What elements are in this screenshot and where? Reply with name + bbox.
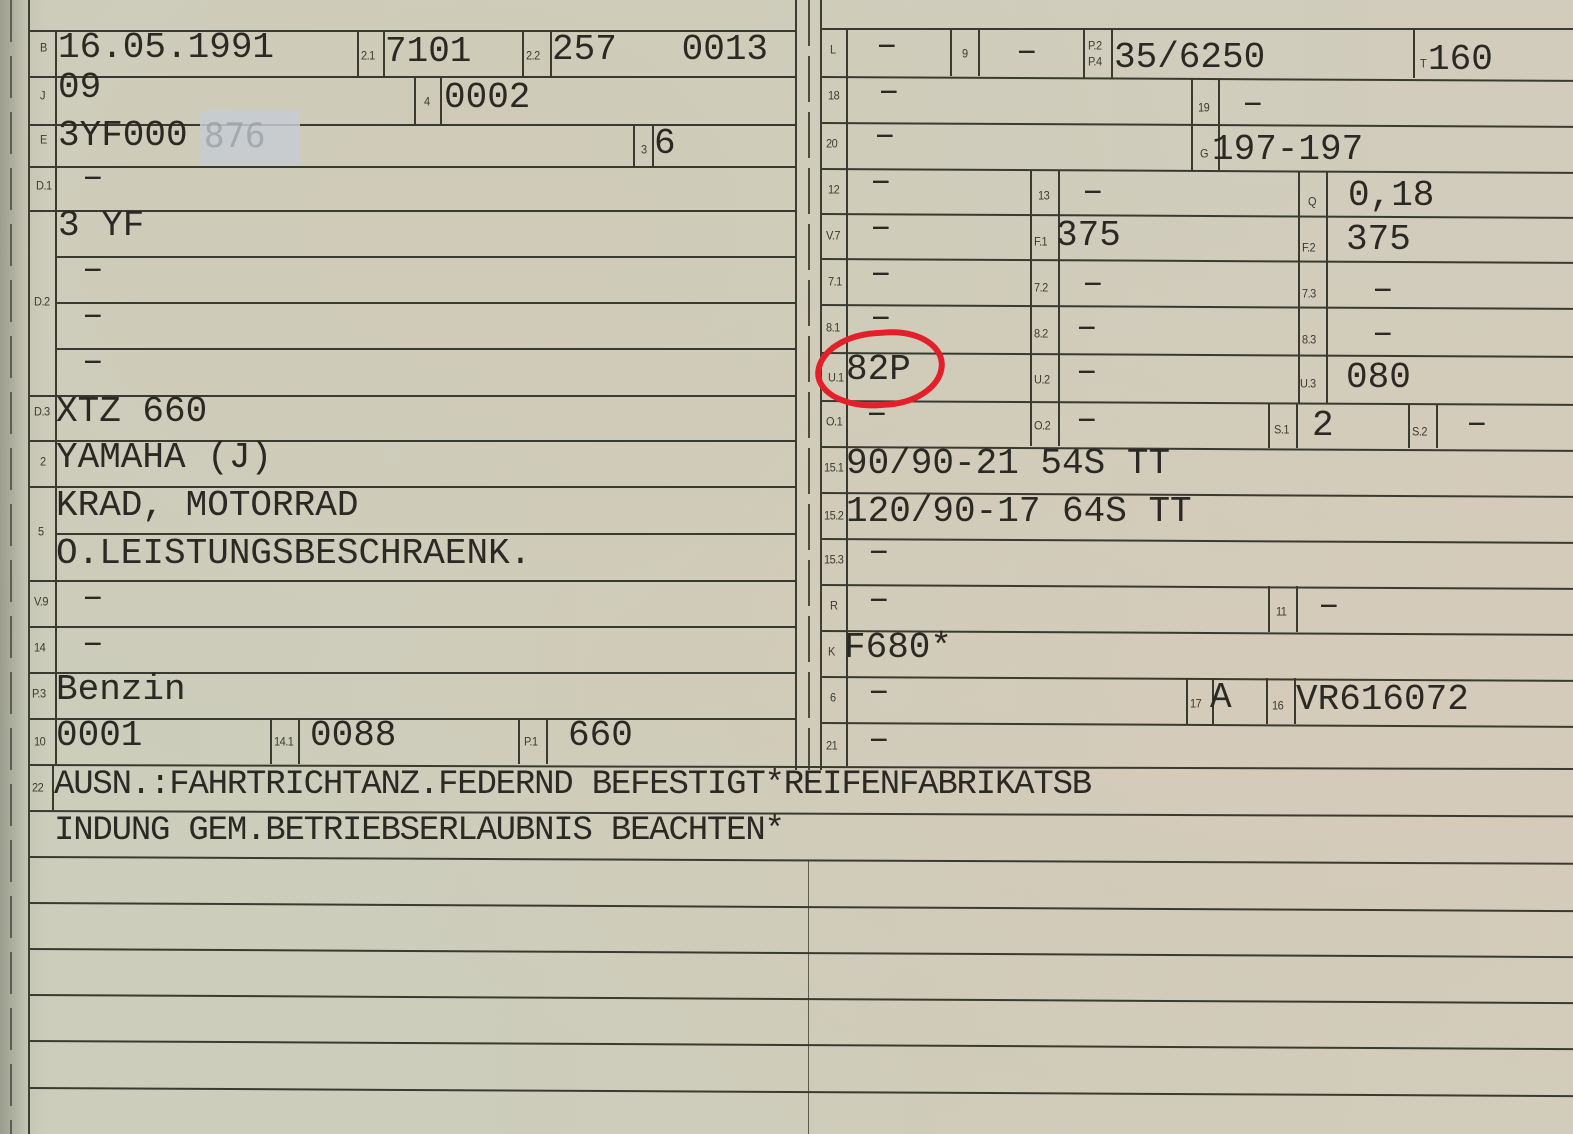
field-label-P1: P.1: [524, 735, 538, 748]
field-value-8-3: –: [1372, 316, 1394, 352]
field-label-J: J: [40, 89, 45, 102]
grid-line: [978, 28, 980, 76]
field-value-F1: 375: [1056, 218, 1121, 254]
grid-line: [1266, 678, 1268, 724]
left-border-line: [28, 0, 30, 1134]
grid-line: [357, 30, 359, 76]
field-value-seats: 2: [1312, 408, 1334, 444]
field-value-rear-tire: 120/90-17 64S TT: [846, 494, 1192, 530]
grid-line: [30, 1087, 1573, 1097]
field-value-fuel: Benzin: [56, 672, 186, 708]
grid-line: [56, 256, 797, 258]
field-label-18: 18: [828, 89, 839, 102]
field-label-V9: V.9: [34, 595, 48, 608]
field-value-D2-line3: –: [82, 298, 104, 334]
field-label-5: 5: [38, 525, 44, 538]
grid-line: [1296, 404, 1298, 448]
field-label-F2: F.2: [1302, 241, 1315, 254]
field-label-7-3: 7.3: [1302, 287, 1316, 300]
field-value-7-1: –: [870, 256, 892, 292]
grid-line: [30, 166, 797, 168]
field-value-14: –: [82, 626, 104, 662]
field-value-vin: 3YF000: [58, 118, 188, 154]
field-value-displacement: 660: [568, 718, 633, 754]
field-label-14: 14: [34, 641, 45, 654]
grid-line: [1413, 30, 1415, 78]
field-value-type-approval: F680*: [844, 630, 952, 666]
field-label-B: B: [40, 41, 47, 54]
field-label-2-1: 2.1: [361, 49, 375, 62]
field-value-D1: –: [82, 160, 104, 196]
field-label-O2: O.2: [1034, 419, 1050, 432]
grid-line: [822, 28, 1573, 30]
field-label-12: 12: [828, 183, 839, 196]
grid-line: [440, 76, 442, 124]
field-value-12: –: [870, 164, 892, 200]
grid-line: [1298, 172, 1300, 404]
field-label-D2: D.2: [34, 295, 50, 308]
field-value-2-2: 257 0013: [552, 32, 768, 68]
field-label-21: 21: [826, 739, 837, 752]
grid-line: [822, 122, 1573, 128]
field-value-front-tire: 90/90-21 54S TT: [846, 446, 1170, 482]
field-value-vehicle-class-line1: KRAD, MOTORRAD: [56, 488, 358, 524]
field-value-Q: 0,18: [1348, 178, 1434, 214]
field-value-7-2: –: [1082, 266, 1104, 302]
grid-line: [633, 124, 635, 166]
field-label-G: G: [1200, 147, 1208, 160]
grid-line: [30, 210, 797, 212]
grid-line: [270, 718, 272, 764]
field-label-15-1: 15.1: [824, 461, 843, 474]
field-value-manufacturer: YAMAHA (J): [56, 440, 272, 476]
field-value-max-speed: 160: [1428, 42, 1493, 78]
field-label-F1: F.1: [1034, 235, 1047, 248]
field-label-3: 3: [641, 143, 647, 156]
field-label-P2: P.2: [1088, 39, 1102, 52]
field-label-V7: V.7: [826, 229, 840, 242]
grid-line: [30, 902, 1573, 912]
field-value-11: –: [1318, 588, 1340, 624]
field-value-L: –: [876, 28, 898, 64]
field-value-21: –: [868, 722, 890, 758]
field-value-vehicle-class-line2: O.LEISTUNGSBESCHRAENK.: [56, 536, 531, 572]
grid-line: [822, 304, 1573, 310]
grid-line: [30, 948, 1573, 958]
field-label-7-1: 7.1: [828, 275, 842, 288]
field-value-4: 0002: [444, 80, 530, 116]
field-label-15-2: 15.2: [824, 509, 843, 522]
field-value-V9: –: [82, 580, 104, 616]
field-value-S2: –: [1466, 406, 1488, 442]
grid-line: [414, 76, 416, 124]
field-value-6: –: [868, 674, 890, 710]
grid-line: [30, 1040, 1573, 1050]
field-label-P3: P.3: [32, 687, 46, 700]
field-label-15-3: 15.3: [824, 553, 843, 566]
field-label-8-1: 8.1: [826, 321, 840, 334]
grid-line: [950, 28, 952, 76]
grid-line: [822, 538, 1573, 544]
grid-line: [1058, 170, 1060, 446]
field-label-19: 19: [1198, 101, 1209, 114]
field-value-D2-line4: –: [82, 344, 104, 380]
field-label-E: E: [40, 133, 47, 146]
grid-line: [1268, 404, 1270, 448]
field-label-D3: D.3: [34, 405, 50, 418]
field-value-14-1: 0088: [310, 718, 396, 754]
field-label-Q: Q: [1308, 195, 1316, 208]
field-label-6: 6: [830, 691, 836, 704]
center-perforation: [808, 0, 810, 770]
field-value-3: 6: [654, 126, 676, 162]
grid-line: [822, 400, 1573, 406]
registration-document: B 16.05.1991 2.1 7101 2.2 257 0013 J 09 …: [0, 0, 1573, 1134]
left-column-border: [795, 0, 797, 770]
perforation-line: [10, 0, 12, 1134]
grid-line: [1111, 30, 1113, 78]
grid-line: [30, 718, 797, 720]
grid-line: [822, 258, 1573, 264]
field-label-7-2: 7.2: [1034, 281, 1048, 294]
field-value-13: –: [1082, 174, 1104, 210]
grid-line: [822, 213, 1573, 219]
field-value-D2-line2: –: [82, 252, 104, 288]
field-label-U2: U.2: [1034, 373, 1050, 386]
field-value-power-rpm: 35/6250: [1114, 40, 1265, 76]
field-value-20: –: [874, 118, 896, 154]
grid-line: [1296, 586, 1298, 632]
grid-line: [546, 718, 548, 764]
field-label-9: 9: [962, 47, 968, 60]
field-label-2-2: 2.2: [526, 49, 540, 62]
field-value-U3: 080: [1346, 360, 1411, 396]
grid-line: [30, 856, 1573, 865]
field-value-15-3: –: [868, 534, 890, 570]
field-label-L: L: [830, 43, 836, 56]
field-value-19: –: [1242, 86, 1264, 122]
field-value-O2: –: [1076, 402, 1098, 438]
grid-line: [1436, 404, 1438, 448]
field-label-U3: U.3: [1300, 377, 1316, 390]
field-label-8-3: 8.3: [1302, 333, 1316, 346]
field-value-18: –: [878, 74, 900, 110]
field-value-9: –: [1016, 34, 1038, 70]
field-label-S2: S.2: [1412, 425, 1427, 438]
field-label-10: 10: [34, 735, 45, 748]
field-value-weight: 197-197: [1212, 132, 1363, 168]
grid-line: [522, 30, 524, 76]
field-label-R: R: [830, 599, 837, 612]
field-label-P4: P.4: [1088, 55, 1102, 68]
grid-line: [1191, 78, 1193, 170]
field-value-D2-line1: 3 YF: [58, 208, 144, 244]
grid-line: [1326, 172, 1328, 404]
field-label-20: 20: [826, 137, 837, 150]
field-label-13: 13: [1038, 189, 1049, 202]
field-value-model: XTZ 660: [56, 394, 207, 430]
grid-line: [822, 584, 1573, 590]
field-label-K: K: [828, 645, 835, 658]
field-value-F2: 375: [1346, 222, 1411, 258]
grid-line: [1268, 586, 1270, 632]
grid-line: [298, 718, 300, 764]
remarks-line-2: INDUNG GEM.BETRIEBSERLAUBNIS BEACHTEN*: [54, 814, 784, 848]
field-value-2-1: 7101: [385, 34, 471, 70]
grid-line: [1408, 404, 1410, 448]
field-label-T: T: [1420, 57, 1426, 70]
field-label-S1: S.1: [1274, 423, 1289, 436]
field-value-O1: –: [866, 396, 888, 432]
field-label-O1: O.1: [826, 415, 842, 428]
field-value-8-2: –: [1076, 310, 1098, 346]
remarks-line-1: AUSN.:FAHRTRICHTANZ.FEDERND BEFESTIGT*RE…: [54, 768, 1091, 802]
field-value-J: 09: [58, 70, 101, 106]
grid-line: [30, 994, 1573, 1004]
field-label-16: 16: [1272, 699, 1283, 712]
field-value-U2: –: [1076, 354, 1098, 390]
redacted-vin-suffix: 876: [200, 110, 300, 166]
field-label-17: 17: [1190, 697, 1201, 710]
field-value-color: –: [868, 582, 890, 618]
grid-line: [822, 722, 1573, 728]
grid-line: [56, 348, 797, 350]
grid-line: [30, 626, 797, 628]
field-label-11: 11: [1276, 605, 1286, 618]
grid-line: [1186, 678, 1188, 724]
grid-line: [56, 302, 797, 304]
grid-line: [1083, 30, 1085, 78]
field-value-first-registration-date: 16.05.1991: [58, 30, 274, 66]
field-value-7-3: –: [1372, 272, 1394, 308]
field-label-2: 2: [40, 455, 46, 468]
grid-line: [1030, 170, 1032, 446]
field-label-8-2: 8.2: [1034, 327, 1048, 340]
grid-line: [30, 580, 797, 582]
grid-line: [822, 168, 1573, 174]
field-value-17: A: [1210, 680, 1232, 716]
field-label-4: 4: [424, 95, 430, 108]
field-label-14-1: 14.1: [274, 735, 293, 748]
field-value-document-number: VR616072: [1296, 682, 1469, 718]
field-label-D1: D.1: [36, 179, 52, 192]
field-value-V7: –: [870, 210, 892, 246]
field-value-10: 0001: [56, 718, 142, 754]
field-label-22: 22: [32, 781, 43, 794]
grid-line: [518, 718, 520, 764]
page-edge-shadow: [0, 0, 28, 1134]
